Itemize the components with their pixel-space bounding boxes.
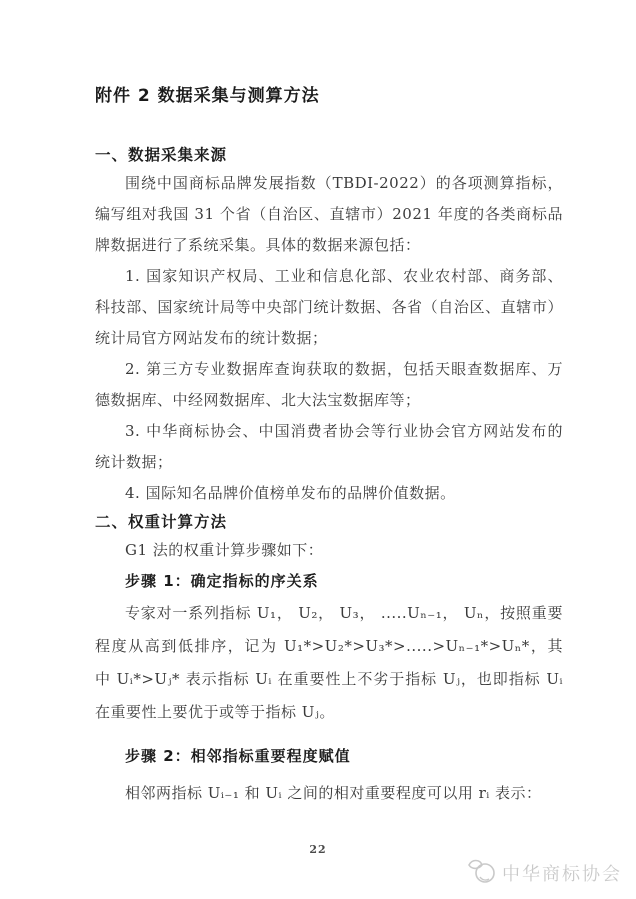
page-number: 22 bbox=[0, 843, 636, 856]
section1-heading: 一、数据采集来源 bbox=[95, 142, 563, 168]
data-source-item-3: 3. 中华商标协会、中国消费者协会等行业协会官方网站发布的统计数据； bbox=[95, 416, 563, 478]
data-source-item-2: 2. 第三方专业数据库查询获取的数据，包括天眼查数据库、万德数据库、中经网数据库… bbox=[95, 354, 563, 416]
watermark: 中华商标协会 bbox=[466, 857, 622, 889]
section2-heading: 二、权重计算方法 bbox=[95, 509, 563, 535]
association-logo-icon bbox=[466, 857, 498, 889]
watermark-text: 中华商标协会 bbox=[502, 860, 622, 886]
step2-body-paragraph: 相邻两指标 Uᵢ₋₁ 和 Uᵢ 之间的相对重要程度可以用 rᵢ 表示： bbox=[95, 778, 563, 809]
data-source-item-1: 1. 国家知识产权局、工业和信息化部、农业农村部、商务部、科技部、国家统计局等中… bbox=[95, 261, 563, 354]
section2-intro-paragraph: G1 法的权重计算步骤如下： bbox=[95, 535, 563, 566]
section1-intro-paragraph: 围绕中国商标品牌发展指数（TBDI-2022）的各项测算指标，编写组对我国 31… bbox=[95, 168, 563, 261]
step2-heading: 步骤 2：相邻指标重要程度赋值 bbox=[95, 741, 563, 772]
step1-heading: 步骤 1：确定指标的序关系 bbox=[95, 566, 563, 597]
document-title: 附件 2 数据采集与测算方法 bbox=[95, 86, 563, 106]
step1-body-paragraph: 专家对一系列指标 U₁， U₂， U₃， .....Uₙ₋₁， Uₙ，按照重要程… bbox=[95, 597, 563, 729]
data-source-item-4: 4. 国际知名品牌价值榜单发布的品牌价值数据。 bbox=[95, 478, 563, 509]
document-page: 附件 2 数据采集与测算方法 一、数据采集来源 围绕中国商标品牌发展指数（TBD… bbox=[0, 0, 636, 899]
